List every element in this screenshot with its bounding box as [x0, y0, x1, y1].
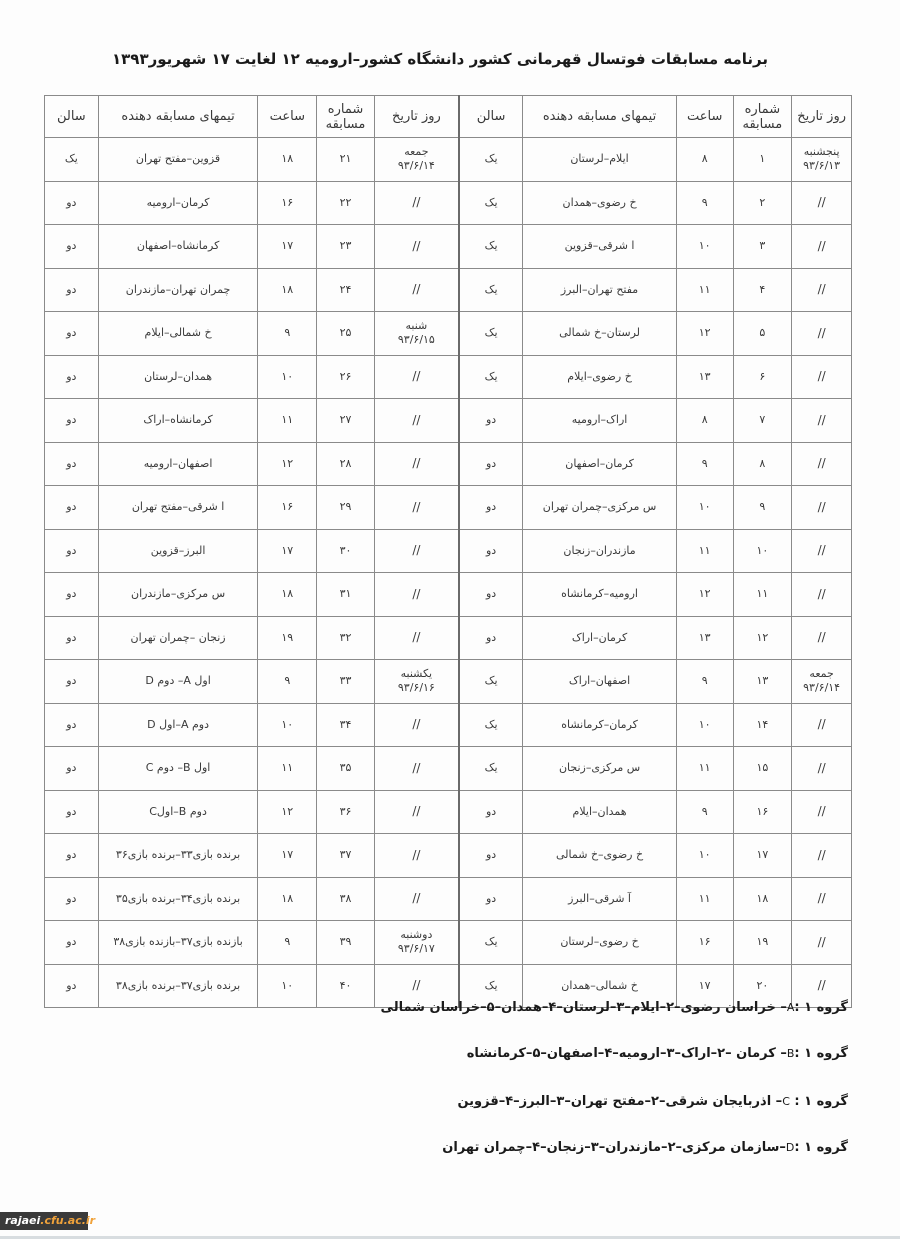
- left-day-date-cell: دوشنبه۹۳/۶/۱۷: [374, 921, 459, 965]
- left-teams-cell: بازنده بازی۳۷–بازنده بازی۳۸: [98, 921, 258, 965]
- group-c-line: گروه C : ۱– اذربایجان شرقی–۲–مفتح تهران–…: [457, 1094, 848, 1109]
- right-hall-cell: دو: [459, 486, 523, 530]
- right-time-cell: ۸: [676, 399, 733, 443]
- watermark-part1: rajaei: [5, 1214, 40, 1227]
- left-match-number-cell: ۲۱: [317, 138, 375, 182]
- left-hall-cell: دو: [45, 877, 99, 921]
- right-teams-cell: ایلام–لرستان: [523, 138, 677, 182]
- group-label: گروه: [817, 1046, 848, 1061]
- right-teams-cell: کرمان–کرمانشاه: [523, 703, 677, 747]
- header-teams: تیمهای مسابقه دهنده: [98, 96, 258, 138]
- left-teams-cell: برنده بازی۳۴–برنده بازی۳۵: [98, 877, 258, 921]
- day-label: //: [818, 891, 826, 905]
- right-time-cell: ۹: [676, 660, 733, 704]
- right-teams-cell: خ رضوی–خ شمالی: [523, 834, 677, 878]
- left-match-number-cell: ۲۴: [317, 268, 375, 312]
- right-time-cell: ۱۰: [676, 834, 733, 878]
- left-time-cell: ۱۱: [258, 399, 317, 443]
- table-body: پنجشنبه۹۳/۶/۱۳۱۸ایلام–لرستانیکجمعه۹۳/۶/۱…: [45, 138, 852, 1008]
- left-match-number-cell: ۳۵: [317, 747, 375, 791]
- left-hall-cell: یک: [45, 138, 99, 182]
- left-hall-cell: دو: [45, 225, 99, 269]
- right-hall-cell: دو: [459, 790, 523, 834]
- left-hall-cell: دو: [45, 660, 99, 704]
- group-b-line: گروه B: ۱– کرمان –۲–اراک–۳–ارومیه–۴–اصفه…: [467, 1046, 848, 1061]
- right-teams-cell: مازندران–زنجان: [523, 529, 677, 573]
- day-label: //: [412, 717, 420, 731]
- right-teams-cell: س مرکزی–چمران تهران: [523, 486, 677, 530]
- right-match-number-cell: ۱۲: [733, 616, 792, 660]
- right-day-date-cell: //: [792, 225, 852, 269]
- right-teams-cell: کرمان–اراک: [523, 616, 677, 660]
- table-row: //۸۹کرمان–اصفهاندو//۲۸۱۲اصفهان–ارومیهدو: [45, 442, 852, 486]
- left-teams-cell: دوم A–اول D: [98, 703, 258, 747]
- left-teams-cell: خ شمالی–ایلام: [98, 312, 258, 356]
- date-label: ۹۳/۶/۱۳: [792, 159, 851, 173]
- match-schedule-table: روز تاریخ شماره مسابقه ساعت تیمهای مسابق…: [44, 95, 852, 1008]
- right-day-date-cell: //: [792, 442, 852, 486]
- right-teams-cell: خ رضوی–لرستان: [523, 921, 677, 965]
- day-label: //: [412, 239, 420, 253]
- left-time-cell: ۱۸: [258, 573, 317, 617]
- day-label: //: [818, 543, 826, 557]
- left-teams-cell: دوم B–اولC: [98, 790, 258, 834]
- left-hall-cell: دو: [45, 747, 99, 791]
- left-teams-cell: همدان–لرستان: [98, 355, 258, 399]
- header-match-no: شماره مسابقه: [317, 96, 375, 138]
- right-time-cell: ۱۱: [676, 877, 733, 921]
- left-time-cell: ۹: [258, 660, 317, 704]
- left-day-date-cell: //: [374, 747, 459, 791]
- right-hall-cell: یک: [459, 355, 523, 399]
- day-label: //: [412, 891, 420, 905]
- group-label: گروه: [817, 1000, 848, 1015]
- right-day-date-cell: //: [792, 703, 852, 747]
- left-day-date-cell: //: [374, 355, 459, 399]
- left-time-cell: ۱۲: [258, 442, 317, 486]
- day-label: //: [818, 587, 826, 601]
- table-row: //۱۱۱۲ارومیه–کرمانشاهدو//۳۱۱۸س مرکزی–ماز…: [45, 573, 852, 617]
- left-hall-cell: دو: [45, 834, 99, 878]
- table-row: //۳۱۰ا شرقی–قزوینیک//۲۳۱۷کرمانشاه–اصفهان…: [45, 225, 852, 269]
- right-day-date-cell: پنجشنبه۹۳/۶/۱۳: [792, 138, 852, 182]
- day-label: //: [818, 761, 826, 775]
- date-label: ۹۳/۶/۱۶: [375, 681, 458, 695]
- left-hall-cell: دو: [45, 442, 99, 486]
- left-match-number-cell: ۲۷: [317, 399, 375, 443]
- left-time-cell: ۱۸: [258, 138, 317, 182]
- left-teams-cell: اول B– دوم C: [98, 747, 258, 791]
- day-label: //: [818, 413, 826, 427]
- right-day-date-cell: //: [792, 181, 852, 225]
- right-hall-cell: یک: [459, 921, 523, 965]
- left-hall-cell: دو: [45, 964, 99, 1008]
- right-day-date-cell: //: [792, 486, 852, 530]
- right-teams-cell: مفتح تهران–البرز: [523, 268, 677, 312]
- table-row: //۱۸۱۱آ شرقی–البرزدو//۳۸۱۸برنده بازی۳۴–ب…: [45, 877, 852, 921]
- table-row: //۱۹۱۶خ رضوی–لرستانیکدوشنبه۹۳/۶/۱۷۳۹۹باز…: [45, 921, 852, 965]
- day-label: //: [412, 978, 420, 992]
- right-hall-cell: دو: [459, 834, 523, 878]
- group-letter: C: [782, 1095, 790, 1108]
- left-time-cell: ۱۷: [258, 529, 317, 573]
- right-time-cell: ۱۲: [676, 312, 733, 356]
- left-day-date-cell: یکشنبه۹۳/۶/۱۶: [374, 660, 459, 704]
- right-teams-cell: اراک–ارومیه: [523, 399, 677, 443]
- right-match-number-cell: ۶: [733, 355, 792, 399]
- right-hall-cell: دو: [459, 442, 523, 486]
- right-match-number-cell: ۱۷: [733, 834, 792, 878]
- header-day-date: روز تاریخ: [374, 96, 459, 138]
- table-row: //۹۱۰س مرکزی–چمران تهراندو//۲۹۱۶ا شرقی–م…: [45, 486, 852, 530]
- left-match-number-cell: ۲۲: [317, 181, 375, 225]
- header-hall: سالن: [45, 96, 99, 138]
- left-day-date-cell: //: [374, 790, 459, 834]
- day-label: جمعه: [375, 145, 458, 159]
- day-label: //: [818, 282, 826, 296]
- right-hall-cell: یک: [459, 181, 523, 225]
- right-hall-cell: یک: [459, 660, 523, 704]
- right-match-number-cell: ۱: [733, 138, 792, 182]
- right-match-number-cell: ۳: [733, 225, 792, 269]
- left-teams-cell: ا شرقی–مفتح تهران: [98, 486, 258, 530]
- header-match-no: شماره مسابقه: [733, 96, 792, 138]
- right-match-number-cell: ۹: [733, 486, 792, 530]
- date-label: ۹۳/۶/۱۵: [375, 333, 458, 347]
- day-label: //: [412, 195, 420, 209]
- right-day-date-cell: //: [792, 747, 852, 791]
- left-day-date-cell: //: [374, 834, 459, 878]
- day-label: //: [818, 369, 826, 383]
- day-label: دوشنبه: [375, 928, 458, 942]
- left-day-date-cell: //: [374, 225, 459, 269]
- right-teams-cell: خ رضوی–ایلام: [523, 355, 677, 399]
- right-match-number-cell: ۴: [733, 268, 792, 312]
- table-row: //۶۱۳خ رضوی–ایلامیک//۲۶۱۰همدان–لرستاندو: [45, 355, 852, 399]
- left-teams-cell: برنده بازی۳۳–برنده بازی۳۶: [98, 834, 258, 878]
- right-time-cell: ۱۰: [676, 703, 733, 747]
- left-teams-cell: چمران تهران–مازندران: [98, 268, 258, 312]
- left-hall-cell: دو: [45, 355, 99, 399]
- right-match-number-cell: ۵: [733, 312, 792, 356]
- day-label: //: [818, 978, 826, 992]
- left-day-date-cell: //: [374, 486, 459, 530]
- left-time-cell: ۱۸: [258, 268, 317, 312]
- left-match-number-cell: ۳۶: [317, 790, 375, 834]
- left-day-date-cell: //: [374, 703, 459, 747]
- right-time-cell: ۱۳: [676, 616, 733, 660]
- left-time-cell: ۱۶: [258, 181, 317, 225]
- day-label: //: [412, 413, 420, 427]
- right-teams-cell: ارومیه–کرمانشاه: [523, 573, 677, 617]
- day-label: //: [412, 630, 420, 644]
- day-label: //: [412, 500, 420, 514]
- day-label: //: [818, 935, 826, 949]
- left-hall-cell: دو: [45, 703, 99, 747]
- left-time-cell: ۱۸: [258, 877, 317, 921]
- right-time-cell: ۹: [676, 442, 733, 486]
- day-label: //: [412, 369, 420, 383]
- day-label: //: [818, 848, 826, 862]
- header-hall: سالن: [459, 96, 523, 138]
- left-match-number-cell: ۲۳: [317, 225, 375, 269]
- day-label: //: [412, 543, 420, 557]
- group-teams: : ۱– خراسان رضوی–۲–ایلام–۳–لرستان–۴–همدا…: [381, 1000, 813, 1015]
- right-hall-cell: دو: [459, 399, 523, 443]
- right-hall-cell: دو: [459, 573, 523, 617]
- right-time-cell: ۱۱: [676, 529, 733, 573]
- left-time-cell: ۱۱: [258, 747, 317, 791]
- right-time-cell: ۹: [676, 790, 733, 834]
- day-label: //: [412, 804, 420, 818]
- right-match-number-cell: ۱۴: [733, 703, 792, 747]
- right-match-number-cell: ۱۳: [733, 660, 792, 704]
- right-day-date-cell: //: [792, 355, 852, 399]
- right-teams-cell: لرستان–خ شمالی: [523, 312, 677, 356]
- left-time-cell: ۱۶: [258, 486, 317, 530]
- left-match-number-cell: ۳۴: [317, 703, 375, 747]
- group-teams: : ۱– اذربایجان شرقی–۲–مفتح تهران–۳–البرز…: [457, 1094, 812, 1109]
- right-hall-cell: یک: [459, 138, 523, 182]
- left-teams-cell: کرمانشاه–اصفهان: [98, 225, 258, 269]
- left-hall-cell: دو: [45, 573, 99, 617]
- right-time-cell: ۱۳: [676, 355, 733, 399]
- left-match-number-cell: ۳۲: [317, 616, 375, 660]
- right-match-number-cell: ۸: [733, 442, 792, 486]
- left-day-date-cell: //: [374, 442, 459, 486]
- header-time: ساعت: [676, 96, 733, 138]
- right-teams-cell: س مرکزی–زنجان: [523, 747, 677, 791]
- table-row: //۱۷۱۰خ رضوی–خ شمالیدو//۳۷۱۷برنده بازی۳۳…: [45, 834, 852, 878]
- header-teams: تیمهای مسابقه دهنده: [523, 96, 677, 138]
- left-hall-cell: دو: [45, 529, 99, 573]
- table-row: پنجشنبه۹۳/۶/۱۳۱۸ایلام–لرستانیکجمعه۹۳/۶/۱…: [45, 138, 852, 182]
- table-row: //۱۲۱۳کرمان–اراکدو//۳۲۱۹زنجان –چمران تهر…: [45, 616, 852, 660]
- left-time-cell: ۹: [258, 921, 317, 965]
- day-label: //: [818, 456, 826, 470]
- left-teams-cell: س مرکزی–مازندران: [98, 573, 258, 617]
- day-label: //: [412, 587, 420, 601]
- day-label: //: [818, 804, 826, 818]
- right-match-number-cell: ۱۶: [733, 790, 792, 834]
- group-label: گروه: [817, 1094, 848, 1109]
- table-row: //۱۴۱۰کرمان–کرمانشاهیک//۳۴۱۰دوم A–اول Dد…: [45, 703, 852, 747]
- right-hall-cell: یک: [459, 268, 523, 312]
- right-hall-cell: دو: [459, 529, 523, 573]
- left-hall-cell: دو: [45, 921, 99, 965]
- right-time-cell: ۹: [676, 181, 733, 225]
- left-time-cell: ۱۹: [258, 616, 317, 660]
- left-hall-cell: دو: [45, 616, 99, 660]
- left-hall-cell: دو: [45, 181, 99, 225]
- right-time-cell: ۱۶: [676, 921, 733, 965]
- right-time-cell: ۱۰: [676, 225, 733, 269]
- right-match-number-cell: ۷: [733, 399, 792, 443]
- left-time-cell: ۱۰: [258, 964, 317, 1008]
- day-label: //: [412, 456, 420, 470]
- left-match-number-cell: ۴۰: [317, 964, 375, 1008]
- left-match-number-cell: ۳۷: [317, 834, 375, 878]
- right-teams-cell: کرمان–اصفهان: [523, 442, 677, 486]
- right-hall-cell: یک: [459, 703, 523, 747]
- date-label: ۹۳/۶/۱۴: [375, 159, 458, 173]
- right-hall-cell: یک: [459, 747, 523, 791]
- table-row: //۵۱۲لرستان–خ شمالییکشنبه۹۳/۶/۱۵۲۵۹خ شما…: [45, 312, 852, 356]
- left-day-date-cell: //: [374, 573, 459, 617]
- right-teams-cell: خ رضوی–همدان: [523, 181, 677, 225]
- group-teams: : ۱–سازمان مرکزی–۲–مازندران–۳–زنجان–۴–چم…: [442, 1140, 812, 1155]
- right-day-date-cell: //: [792, 529, 852, 573]
- day-label: جمعه: [792, 667, 851, 681]
- left-hall-cell: دو: [45, 312, 99, 356]
- left-match-number-cell: ۳۳: [317, 660, 375, 704]
- right-time-cell: ۱۲: [676, 573, 733, 617]
- left-hall-cell: دو: [45, 790, 99, 834]
- site-watermark: rajaei.cfu.ac.ir: [0, 1212, 88, 1230]
- left-day-date-cell: جمعه۹۳/۶/۱۴: [374, 138, 459, 182]
- left-teams-cell: کرمان–ارومیه: [98, 181, 258, 225]
- header-row: روز تاریخ شماره مسابقه ساعت تیمهای مسابق…: [45, 96, 852, 138]
- right-match-number-cell: ۱۱: [733, 573, 792, 617]
- left-match-number-cell: ۲۵: [317, 312, 375, 356]
- left-time-cell: ۱۷: [258, 834, 317, 878]
- day-label: //: [818, 326, 826, 340]
- table-row: //۲۹خ رضوی–همدانیک//۲۲۱۶کرمان–ارومیهدو: [45, 181, 852, 225]
- right-day-date-cell: //: [792, 921, 852, 965]
- right-day-date-cell: //: [792, 834, 852, 878]
- table-row: //۱۰۱۱مازندران–زنجاندو//۳۰۱۷البرز–قزویند…: [45, 529, 852, 573]
- left-hall-cell: دو: [45, 399, 99, 443]
- right-day-date-cell: جمعه۹۳/۶/۱۴: [792, 660, 852, 704]
- left-day-date-cell: //: [374, 616, 459, 660]
- group-d-line: گروه D: ۱–سازمان مرکزی–۲–مازندران–۳–زنجا…: [442, 1140, 848, 1155]
- day-label: شنبه: [375, 319, 458, 333]
- right-day-date-cell: //: [792, 312, 852, 356]
- left-day-date-cell: //: [374, 529, 459, 573]
- right-day-date-cell: //: [792, 268, 852, 312]
- right-time-cell: ۱۱: [676, 747, 733, 791]
- right-teams-cell: آ شرقی–البرز: [523, 877, 677, 921]
- left-match-number-cell: ۲۸: [317, 442, 375, 486]
- right-match-number-cell: ۱۹: [733, 921, 792, 965]
- left-day-date-cell: شنبه۹۳/۶/۱۵: [374, 312, 459, 356]
- header-day-date: روز تاریخ: [792, 96, 852, 138]
- day-label: //: [818, 195, 826, 209]
- left-match-number-cell: ۲۶: [317, 355, 375, 399]
- right-time-cell: ۱۱: [676, 268, 733, 312]
- right-match-number-cell: ۱۵: [733, 747, 792, 791]
- left-teams-cell: برنده بازی۳۷–برنده بازی۳۸: [98, 964, 258, 1008]
- group-label: گروه: [817, 1140, 848, 1155]
- right-match-number-cell: ۱۰: [733, 529, 792, 573]
- left-time-cell: ۱۰: [258, 703, 317, 747]
- watermark-part2: .cfu.ac.ir: [40, 1214, 95, 1227]
- left-teams-cell: زنجان –چمران تهران: [98, 616, 258, 660]
- group-teams: : ۱– کرمان –۲–اراک–۳–ارومیه–۴–اصفهان–۵–ک…: [467, 1046, 812, 1061]
- left-hall-cell: دو: [45, 486, 99, 530]
- day-label: //: [412, 761, 420, 775]
- right-day-date-cell: //: [792, 616, 852, 660]
- right-teams-cell: ا شرقی–قزوین: [523, 225, 677, 269]
- right-hall-cell: دو: [459, 877, 523, 921]
- table-row: //۷۸اراک–ارومیهدو//۲۷۱۱کرمانشاه–اراکدو: [45, 399, 852, 443]
- right-hall-cell: یک: [459, 225, 523, 269]
- right-day-date-cell: //: [792, 573, 852, 617]
- left-match-number-cell: ۳۰: [317, 529, 375, 573]
- table-row: //۱۶۹همدان–ایلامدو//۳۶۱۲دوم B–اولCدو: [45, 790, 852, 834]
- right-hall-cell: دو: [459, 616, 523, 660]
- left-teams-cell: البرز–قزوین: [98, 529, 258, 573]
- date-label: ۹۳/۶/۱۷: [375, 942, 458, 956]
- group-a-line: گروه A: ۱– خراسان رضوی–۲–ایلام–۳–لرستان–…: [381, 1000, 848, 1015]
- table-row: //۴۱۱مفتح تهران–البرزیک//۲۴۱۸چمران تهران…: [45, 268, 852, 312]
- left-teams-cell: قزوین–مفتح تهران: [98, 138, 258, 182]
- left-match-number-cell: ۲۹: [317, 486, 375, 530]
- right-teams-cell: همدان–ایلام: [523, 790, 677, 834]
- right-day-date-cell: //: [792, 399, 852, 443]
- left-time-cell: ۱۲: [258, 790, 317, 834]
- document-title: برنامه مسابقات فوتسال قهرمانی کشور دانشگ…: [0, 50, 880, 68]
- day-label: //: [818, 500, 826, 514]
- day-label: //: [412, 848, 420, 862]
- right-time-cell: ۱۰: [676, 486, 733, 530]
- day-label: //: [412, 282, 420, 296]
- day-label: //: [818, 630, 826, 644]
- left-day-date-cell: //: [374, 181, 459, 225]
- right-match-number-cell: ۲: [733, 181, 792, 225]
- left-day-date-cell: //: [374, 399, 459, 443]
- left-teams-cell: کرمانشاه–اراک: [98, 399, 258, 443]
- left-time-cell: ۱۰: [258, 355, 317, 399]
- left-hall-cell: دو: [45, 268, 99, 312]
- right-day-date-cell: //: [792, 877, 852, 921]
- header-time: ساعت: [258, 96, 317, 138]
- day-label: //: [818, 239, 826, 253]
- left-time-cell: ۹: [258, 312, 317, 356]
- date-label: ۹۳/۶/۱۴: [792, 681, 851, 695]
- left-time-cell: ۱۷: [258, 225, 317, 269]
- left-match-number-cell: ۳۹: [317, 921, 375, 965]
- left-teams-cell: اول A– دوم D: [98, 660, 258, 704]
- left-day-date-cell: //: [374, 268, 459, 312]
- left-day-date-cell: //: [374, 877, 459, 921]
- left-match-number-cell: ۳۱: [317, 573, 375, 617]
- right-hall-cell: یک: [459, 312, 523, 356]
- right-match-number-cell: ۱۸: [733, 877, 792, 921]
- right-time-cell: ۸: [676, 138, 733, 182]
- day-label: یکشنبه: [375, 667, 458, 681]
- left-match-number-cell: ۳۸: [317, 877, 375, 921]
- day-label: //: [818, 717, 826, 731]
- left-teams-cell: اصفهان–ارومیه: [98, 442, 258, 486]
- table-row: //۱۵۱۱س مرکزی–زنجانیک//۳۵۱۱اول B– دوم Cد…: [45, 747, 852, 791]
- right-day-date-cell: //: [792, 790, 852, 834]
- right-teams-cell: اصفهان–اراک: [523, 660, 677, 704]
- day-label: پنجشنبه: [792, 145, 851, 159]
- table-row: جمعه۹۳/۶/۱۴۱۳۹اصفهان–اراکیکیکشنبه۹۳/۶/۱۶…: [45, 660, 852, 704]
